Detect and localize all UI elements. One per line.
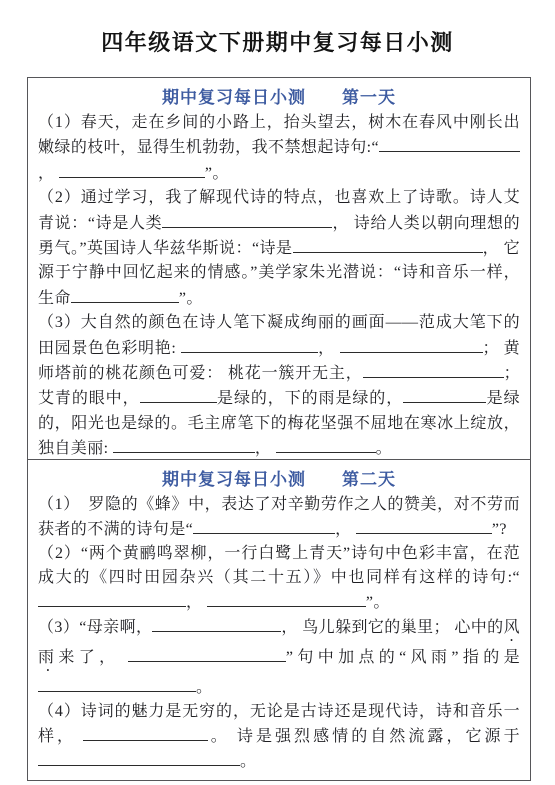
answer-blank (38, 590, 134, 607)
answer-blank (193, 517, 335, 534)
answer-blank (403, 386, 486, 403)
question-text: 。 诗是强烈感情的自然流露，它源于 (208, 728, 520, 745)
question-text: ， (318, 340, 340, 357)
quiz-day2-questions: （1） 罗隐的《蜂》中，表达了对辛勤劳作之人的赞美，对不劳而获者的不满的诗句是“… (38, 493, 520, 774)
answer-blank (128, 645, 286, 662)
answer-blank (113, 436, 145, 453)
question-text: ， (255, 440, 276, 457)
quiz-day1-questions: （1）春天，走在乡间的小路上，抬头望去，树木在春风中刚长出嫩绿的枝叶，显得生机勃… (38, 111, 520, 462)
answer-blank (38, 675, 151, 692)
question-paragraph: （1）春天，走在乡间的小路上，抬头望去，树木在春风中刚长出嫩绿的枝叶，显得生机勃… (38, 111, 520, 186)
question-text: ， (38, 165, 59, 182)
answer-blank (95, 161, 205, 178)
question-text: ”? (492, 521, 507, 538)
answer-blank (162, 211, 332, 228)
answer-blank (152, 615, 281, 632)
answer-blank (340, 336, 483, 353)
answer-blank (207, 590, 366, 607)
quiz-day2-box: 期中复习每日小测 第二天 （1） 罗隐的《蜂》中，表达了对辛勤劳作之人的赞美，对… (27, 459, 531, 781)
answer-blank (101, 724, 208, 741)
answer-blank (59, 161, 95, 178)
answer-blank (276, 436, 376, 453)
answer-blank (151, 675, 196, 692)
question-text: 是绿的，下的雨是绿的， (217, 390, 404, 407)
question-text: 。 (196, 679, 212, 696)
question-text: 来了， (58, 649, 127, 666)
question-text: ”。 (205, 165, 229, 182)
answer-blank (356, 517, 492, 534)
quiz-day2-header: 期中复习每日小测 第二天 (38, 465, 520, 490)
question-text: ， (335, 521, 356, 538)
answer-blank (379, 135, 520, 152)
quiz-day1-box: 期中复习每日小测 第一天 （1）春天，走在乡间的小路上，抬头望去，树木在春风中刚… (27, 77, 531, 469)
question-text: ， 鸟儿躲到它的巢里； 心中的 (281, 619, 503, 636)
question-text: ， (186, 594, 207, 611)
answer-blank (129, 286, 179, 303)
answer-blank (363, 361, 504, 378)
answer-blank (71, 286, 129, 303)
question-text: 。 (240, 753, 256, 770)
question-paragraph: （3）“母亲啊，， 鸟儿躲到它的巢里； 心中的风雨来了， ”句中加点的“风雨”指… (38, 615, 520, 700)
worksheet-page: 四年级语文下册期中复习每日小测 期中复习每日小测 第一天 （1）春天，走在乡间的… (0, 0, 555, 785)
question-text: ”。 (179, 290, 203, 307)
answer-blank (163, 749, 240, 766)
question-text: ”句中加点的“风雨”指的是 (286, 649, 520, 666)
question-paragraph: （3）大自然的颜色在诗人笔下凝成绚丽的画面——范成大笔下的田园景色色彩明艳: ，… (38, 311, 520, 461)
question-text: 。 (376, 440, 392, 457)
question-text: ”。 (366, 594, 390, 611)
answer-blank (140, 386, 217, 403)
question-text: （3）“母亲啊， (38, 619, 152, 636)
question-paragraph: （2）通过学习，我了解现代诗的特点，也喜欢上了诗歌。诗人艾青说：“诗是人类， 诗… (38, 186, 520, 311)
question-text: （2）“两个黄鹂鸣翠柳，一行白鹭上青天”诗句中色彩丰富，在范成大的《四时田园杂兴… (38, 545, 520, 586)
answer-blank (134, 590, 186, 607)
quiz-day1-header: 期中复习每日小测 第一天 (38, 83, 520, 108)
page-title: 四年级语文下册期中复习每日小测 (0, 0, 555, 57)
answer-blank (145, 436, 255, 453)
answer-blank (293, 236, 483, 253)
question-paragraph: （1） 罗隐的《蜂》中，表达了对辛勤劳作之人的赞美，对不劳而获者的不满的诗句是“… (38, 493, 520, 542)
question-paragraph: （4）诗词的魅力是无穷的，无论是古诗还是现代诗，诗和音乐一样， 。 诗是强烈感情… (38, 700, 520, 774)
answer-blank (38, 749, 163, 766)
answer-blank (83, 724, 101, 741)
question-paragraph: （2）“两个黄鹂鸣翠柳，一行白鹭上青天”诗句中色彩丰富，在范成大的《四时田园杂兴… (38, 542, 520, 615)
answer-blank (181, 336, 318, 353)
